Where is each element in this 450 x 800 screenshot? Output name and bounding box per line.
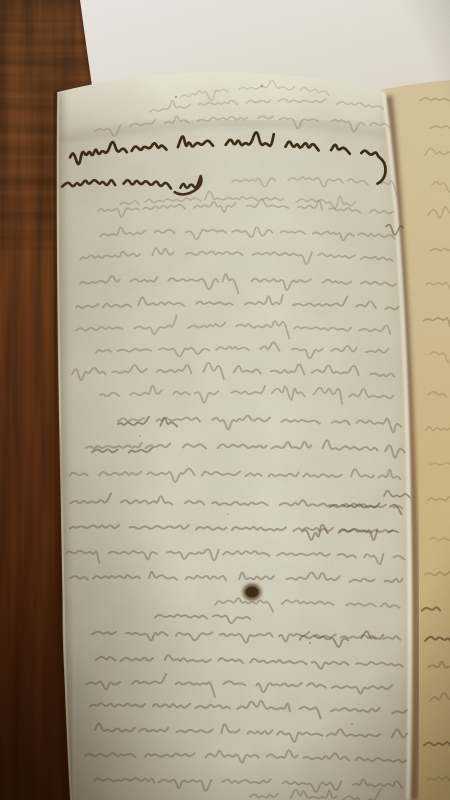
vignette (0, 0, 450, 800)
photo-of-manuscript (0, 0, 450, 800)
